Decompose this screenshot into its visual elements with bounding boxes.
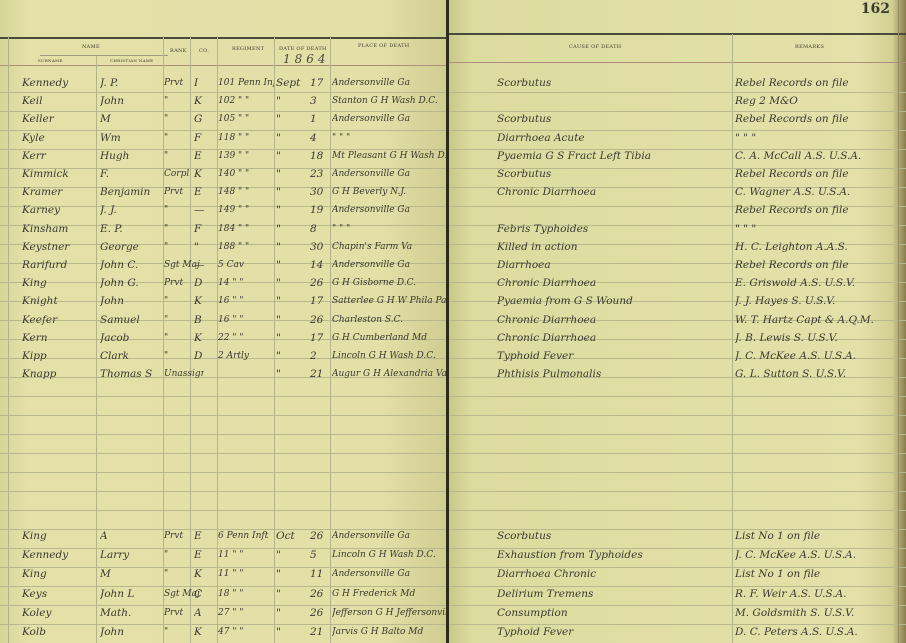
table-row: KingJohn G.PrvtD14 " ""26G H Gisborne D.… (0, 274, 448, 293)
table-row: Delirium TremensR. F. Weir A.S. U.S.A. (449, 585, 906, 604)
table-row: Diarrhoea ChronicList No 1 on file (449, 565, 906, 584)
cell-month: " (276, 329, 306, 348)
cell-regiment: 16 " " (218, 292, 274, 311)
cell-regiment: 139 " " (218, 147, 274, 166)
header-bottom-rule (0, 65, 448, 66)
header-cause-of-death: Cause of Death (569, 44, 621, 50)
cell-surname: Keller (22, 110, 94, 129)
cell-cause: Chronic Diarrhoea (497, 329, 729, 348)
table-row: ScorbutusRebel Records on file (449, 74, 906, 93)
cell-remarks: List No 1 on file (735, 565, 895, 584)
cell-day: 30 (310, 183, 330, 202)
cell-surname: Kennedy (22, 546, 94, 565)
cell-surname: Kipp (22, 347, 94, 366)
left-page: Name Surname Christian Name Rank Co. Reg… (0, 0, 448, 643)
cell-cause: Diarrhoea Acute (497, 129, 729, 148)
table-row: KimmickF.CorplK140 " ""23Andersonville G… (0, 165, 448, 184)
cell-day: 17 (310, 329, 330, 348)
cell-remarks: J. C. McKee A.S. U.S.A. (735, 546, 895, 565)
cell-co: D (194, 347, 216, 366)
cell-remarks: Rebel Records on file (735, 110, 895, 129)
cell-place: Andersonville Ga (332, 201, 446, 220)
cell-regiment: 101 Penn Inft (218, 74, 274, 93)
cell-christian-name: M (100, 565, 162, 584)
cell-place: " " " (332, 220, 446, 239)
cell-surname: Kimmick (22, 165, 94, 184)
table-row: Febris Typhoides" " " (449, 220, 906, 239)
cell-day: 23 (310, 165, 330, 184)
cell-remarks: C. A. McCall A.S. U.S.A. (735, 147, 895, 166)
table-row: ConsumptionM. Goldsmith S. U.S.V. (449, 604, 906, 623)
header-co: Co. (199, 48, 209, 54)
cell-christian-name: Wm (100, 129, 162, 148)
cell-regiment: 140 " " (218, 165, 274, 184)
cell-place: G H Beverly N.J. (332, 183, 446, 202)
table-row: KerrHugh"E139 " ""18Mt Pleasant G H Wash… (0, 147, 448, 166)
table-row: Pyaemia from G S WoundJ. J. Hayes S. U.S… (449, 292, 906, 311)
cell-month: Oct (276, 527, 306, 546)
cell-remarks: D. C. Peters A.S. U.S.A. (735, 623, 895, 642)
cell-month: " (276, 147, 306, 166)
table-row: Reg 2 M&O (449, 92, 906, 111)
cell-cause: Scorbutus (497, 527, 729, 546)
cell-cause: Scorbutus (497, 165, 729, 184)
cell-place: Andersonville Ga (332, 165, 446, 184)
cell-christian-name: J. P. (100, 74, 162, 93)
cell-surname: Kyle (22, 129, 94, 148)
cell-surname: Kennedy (22, 74, 94, 93)
cell-place: G H Cumberland Md (332, 329, 446, 348)
cell-christian-name: Hugh (100, 147, 162, 166)
cell-remarks: Rebel Records on file (735, 165, 895, 184)
header-remarks: Remarks (795, 44, 824, 50)
cell-remarks: R. F. Weir A.S. U.S.A. (735, 585, 895, 604)
cell-regiment: 2 Artly (218, 347, 274, 366)
cell-co: " (194, 238, 216, 257)
cell-christian-name: Thomas S (100, 365, 162, 384)
cell-regiment: 149 " " (218, 201, 274, 220)
cell-month: " (276, 110, 306, 129)
cell-regiment: 148 " " (218, 183, 274, 202)
cell-month: " (276, 256, 306, 275)
cell-co: A (194, 604, 216, 623)
cell-place: Jefferson G H Jeffersonville Ind (332, 604, 446, 623)
cell-remarks: J. J. Hayes S. U.S.V. (735, 292, 895, 311)
table-row: Chronic DiarrhoeaC. Wagner A.S. U.S.A. (449, 183, 906, 202)
cell-christian-name: F. (100, 165, 162, 184)
table-row: ScorbutusRebel Records on file (449, 165, 906, 184)
cell-christian-name: John G. (100, 274, 162, 293)
cell-co: E (194, 183, 216, 202)
cell-cause: Consumption (497, 604, 729, 623)
cell-day: 26 (310, 311, 330, 330)
cell-place: Andersonville Ga (332, 565, 446, 584)
table-row: ScorbutusList No 1 on file (449, 527, 906, 546)
cell-co (194, 365, 216, 384)
cell-co: E (194, 147, 216, 166)
cell-christian-name: Samuel (100, 311, 162, 330)
cell-co: — (194, 256, 216, 275)
cell-remarks: " " " (735, 220, 895, 239)
cell-remarks: Reg 2 M&O (735, 92, 895, 111)
cell-day: 5 (310, 546, 330, 565)
cell-day: 3 (310, 92, 330, 111)
cell-remarks: J. C. McKee A.S. U.S.A. (735, 347, 895, 366)
cell-regiment: 11 " " (218, 546, 274, 565)
cell-christian-name: A (100, 527, 162, 546)
cell-co: — (194, 201, 216, 220)
cell-co: K (194, 92, 216, 111)
header-surname: Surname (38, 58, 63, 63)
cell-place: G H Frederick Md (332, 585, 446, 604)
cell-christian-name: Larry (100, 546, 162, 565)
table-row: KeystnerGeorge""188 " ""30Chapin's Farm … (0, 238, 448, 257)
cell-remarks: " " " (735, 129, 895, 148)
table-row: Chronic DiarrhoeaW. T. Hartz Capt & A.Q.… (449, 311, 906, 330)
cell-place: Lincoln G H Wash D.C. (332, 546, 446, 565)
cell-co: F (194, 129, 216, 148)
cell-regiment: 105 " " (218, 110, 274, 129)
cell-month: " (276, 604, 306, 623)
right-page: 162 Cause of Death Remarks ScorbutusRebe… (449, 0, 906, 643)
cell-cause: Chronic Diarrhoea (497, 183, 729, 202)
table-row: KarneyJ. J."—149 " ""19Andersonville Ga (0, 201, 448, 220)
cell-cause: Typhoid Fever (497, 623, 729, 642)
cell-cause (497, 92, 729, 111)
cell-place: Mt Pleasant G H Wash D.C. (332, 147, 446, 166)
cell-co: C (194, 585, 216, 604)
cell-christian-name: Math. (100, 604, 162, 623)
table-row: KingAPrvtE6 Penn InftOct26Andersonville … (0, 527, 448, 546)
cell-co: G (194, 110, 216, 129)
header-top-rule (0, 37, 448, 39)
cell-remarks: C. Wagner A.S. U.S.A. (735, 183, 895, 202)
table-row: Exhaustion from TyphoidesJ. C. McKee A.S… (449, 546, 906, 565)
cell-cause: Chronic Diarrhoea (497, 311, 729, 330)
cell-regiment: 14 " " (218, 274, 274, 293)
cell-regiment: 22 " " (218, 329, 274, 348)
table-row: Phthisis PulmonalisG. L. Sutton S. U.S.V… (449, 365, 906, 384)
cell-month: " (276, 238, 306, 257)
header-regiment: Regiment (232, 46, 264, 52)
cell-place: Andersonville Ga (332, 110, 446, 129)
cell-christian-name: M (100, 110, 162, 129)
cell-regiment: 184 " " (218, 220, 274, 239)
cell-co: K (194, 292, 216, 311)
cell-month: " (276, 585, 306, 604)
cell-surname: King (22, 274, 94, 293)
cell-month: " (276, 92, 306, 111)
table-row: KnappThomas SUnassigned"21Augur G H Alex… (0, 365, 448, 384)
table-row: KennedyLarry"E11 " ""5Lincoln G H Wash D… (0, 546, 448, 565)
cell-day: 26 (310, 274, 330, 293)
cell-day: 26 (310, 527, 330, 546)
cell-surname: Keil (22, 92, 94, 111)
table-row: KeilJohn"K102 " ""3Stanton G H Wash D.C. (0, 92, 448, 111)
header-bottom-rule (449, 62, 906, 63)
table-row: Typhoid FeverJ. C. McKee A.S. U.S.A. (449, 347, 906, 366)
cell-day: 19 (310, 201, 330, 220)
cell-month: " (276, 129, 306, 148)
cell-day: 26 (310, 585, 330, 604)
cell-place: Andersonville Ga (332, 527, 446, 546)
cell-remarks: G. L. Sutton S. U.S.V. (735, 365, 895, 384)
cell-day: 2 (310, 347, 330, 366)
cell-day: 18 (310, 147, 330, 166)
table-row: KoleyMath.PrvtA27 " ""26Jefferson G H Je… (0, 604, 448, 623)
cell-regiment: 11 " " (218, 565, 274, 584)
table-row: Chronic DiarrhoeaJ. B. Lewis S. U.S.V. (449, 329, 906, 348)
table-row: DiarrhoeaRebel Records on file (449, 256, 906, 275)
cell-surname: Kerr (22, 147, 94, 166)
cell-place: Augur G H Alexandria Va (332, 365, 446, 384)
cell-co: K (194, 165, 216, 184)
table-row: KippClark"D2 Artly"2Lincoln G H Wash D.C… (0, 347, 448, 366)
cell-remarks: J. B. Lewis S. U.S.V. (735, 329, 895, 348)
cell-surname: Kramer (22, 183, 94, 202)
table-row: KennedyJ. P.PrvtI101 Penn InftSept17Ande… (0, 74, 448, 93)
cell-cause: Pyaemia from G S Wound (497, 292, 729, 311)
cell-month: " (276, 311, 306, 330)
cell-surname: Koley (22, 604, 94, 623)
cell-day: 4 (310, 129, 330, 148)
cell-regiment: 118 " " (218, 129, 274, 148)
table-row: Typhoid FeverD. C. Peters A.S. U.S.A. (449, 623, 906, 642)
cell-christian-name: Jacob (100, 329, 162, 348)
cell-month: " (276, 165, 306, 184)
cell-regiment (218, 365, 274, 384)
header-top-rule (449, 33, 906, 35)
cell-day: 14 (310, 256, 330, 275)
cell-regiment: 6 Penn Inft (218, 527, 274, 546)
cell-place: Andersonville Ga (332, 74, 446, 93)
table-row: KnightJohn"K16 " ""17Satterlee G H W Phi… (0, 292, 448, 311)
cell-remarks: E. Griswold A.S. U.S.V. (735, 274, 895, 293)
year-label: 1864 (283, 52, 330, 66)
cell-day: 1 (310, 110, 330, 129)
cell-co: K (194, 329, 216, 348)
cell-place: Satterlee G H W Phila Pa (332, 292, 446, 311)
cell-place: G H Gisborne D.C. (332, 274, 446, 293)
cell-day: 17 (310, 74, 330, 93)
cell-cause: Febris Typhoides (497, 220, 729, 239)
table-row: KyleWm"F118 " ""4" " " (0, 129, 448, 148)
table-row: Killed in actionH. C. Leighton A.A.S. (449, 238, 906, 257)
header-name: Name (82, 44, 100, 50)
cell-christian-name: J. J. (100, 201, 162, 220)
cell-month: " (276, 546, 306, 565)
cell-regiment: 16 " " (218, 311, 274, 330)
cell-place: Lincoln G H Wash D.C. (332, 347, 446, 366)
cell-regiment: 188 " " (218, 238, 274, 257)
name-subheader-rule (40, 55, 168, 56)
table-row: Pyaemia G S Fract Left TibiaC. A. McCall… (449, 147, 906, 166)
cell-remarks: Rebel Records on file (735, 201, 895, 220)
cell-remarks: Rebel Records on file (735, 256, 895, 275)
cell-surname: Knight (22, 292, 94, 311)
table-row: Chronic DiarrhoeaE. Griswold A.S. U.S.V. (449, 274, 906, 293)
cell-co: E (194, 546, 216, 565)
cell-cause: Scorbutus (497, 110, 729, 129)
cell-place: " " " (332, 129, 446, 148)
cell-christian-name: John L (100, 585, 162, 604)
cell-regiment: 47 " " (218, 623, 274, 642)
cell-day: 21 (310, 623, 330, 642)
cell-regiment: 5 Cav (218, 256, 274, 275)
table-row: RarifurdJohn C.Sgt Maj—5 Cav"14Andersonv… (0, 256, 448, 275)
cell-cause (497, 201, 729, 220)
cell-month: " (276, 220, 306, 239)
cell-day: 26 (310, 604, 330, 623)
cell-day: 21 (310, 365, 330, 384)
table-row: KramerBenjaminPrvtE148 " ""30G H Beverly… (0, 183, 448, 202)
cell-cause: Diarrhoea (497, 256, 729, 275)
cell-cause: Diarrhoea Chronic (497, 565, 729, 584)
table-row: ScorbutusRebel Records on file (449, 110, 906, 129)
cell-surname: Keefer (22, 311, 94, 330)
cell-place: Stanton G H Wash D.C. (332, 92, 446, 111)
cell-cause: Pyaemia G S Fract Left Tibia (497, 147, 729, 166)
cell-surname: Kolb (22, 623, 94, 642)
cell-co: K (194, 623, 216, 642)
table-row: KingM"K11 " ""11Andersonville Ga (0, 565, 448, 584)
cell-place: Charleston S.C. (332, 311, 446, 330)
cell-remarks: M. Goldsmith S. U.S.V. (735, 604, 895, 623)
cell-month: " (276, 201, 306, 220)
table-row: KolbJohn"K47 " ""21Jarvis G H Balto Md (0, 623, 448, 642)
table-row: KeysJohn LSgt MajC18 " ""26G H Frederick… (0, 585, 448, 604)
cell-surname: King (22, 527, 94, 546)
cell-place: Chapin's Farm Va (332, 238, 446, 257)
cell-month: " (276, 274, 306, 293)
page-number: 162 (861, 1, 890, 17)
header-christian-name: Christian Name (110, 58, 153, 63)
table-row: KernJacob"K22 " ""17G H Cumberland Md (0, 329, 448, 348)
cell-place: Jarvis G H Balto Md (332, 623, 446, 642)
cell-cause: Scorbutus (497, 74, 729, 93)
cell-day: 30 (310, 238, 330, 257)
cell-month: " (276, 365, 306, 384)
cell-surname: Rarifurd (22, 256, 94, 275)
cell-cause: Delirium Tremens (497, 585, 729, 604)
cell-remarks: List No 1 on file (735, 527, 895, 546)
cell-remarks: H. C. Leighton A.A.S. (735, 238, 895, 257)
cell-month: " (276, 565, 306, 584)
cell-place: Andersonville Ga (332, 256, 446, 275)
cell-christian-name: George (100, 238, 162, 257)
cell-christian-name: E. P. (100, 220, 162, 239)
cell-month: " (276, 623, 306, 642)
cell-day: 17 (310, 292, 330, 311)
cell-christian-name: Benjamin (100, 183, 162, 202)
cell-co: F (194, 220, 216, 239)
cell-remarks: Rebel Records on file (735, 74, 895, 93)
cell-month: " (276, 183, 306, 202)
cell-regiment: 27 " " (218, 604, 274, 623)
cell-christian-name: John (100, 92, 162, 111)
cell-day: 11 (310, 565, 330, 584)
cell-christian-name: Clark (100, 347, 162, 366)
cell-surname: Kinsham (22, 220, 94, 239)
table-row: Rebel Records on file (449, 201, 906, 220)
cell-month: " (276, 292, 306, 311)
cell-day: 8 (310, 220, 330, 239)
cell-cause: Killed in action (497, 238, 729, 257)
cell-month: " (276, 347, 306, 366)
cell-co: I (194, 74, 216, 93)
cell-surname: Karney (22, 201, 94, 220)
cell-surname: Keystner (22, 238, 94, 257)
cell-co: K (194, 565, 216, 584)
table-row: KellerM"G105 " ""1Andersonville Ga (0, 110, 448, 129)
header-rank: Rank (170, 48, 187, 54)
cell-co: E (194, 527, 216, 546)
cell-surname: Keys (22, 585, 94, 604)
cell-cause: Exhaustion from Typhoides (497, 546, 729, 565)
cell-christian-name: John (100, 623, 162, 642)
cell-cause: Phthisis Pulmonalis (497, 365, 729, 384)
cell-co: B (194, 311, 216, 330)
table-row: Diarrhoea Acute" " " (449, 129, 906, 148)
cell-cause: Typhoid Fever (497, 347, 729, 366)
cell-surname: Knapp (22, 365, 94, 384)
cell-surname: Kern (22, 329, 94, 348)
cell-regiment: 102 " " (218, 92, 274, 111)
cell-cause: Chronic Diarrhoea (497, 274, 729, 293)
table-row: KeeferSamuel"B16 " ""26Charleston S.C. (0, 311, 448, 330)
cell-remarks: W. T. Hartz Capt & A.Q.M. (735, 311, 895, 330)
cell-regiment: 18 " " (218, 585, 274, 604)
cell-month: Sept (276, 74, 306, 93)
header-place-of-death: Place of Death (358, 43, 409, 49)
cell-co: D (194, 274, 216, 293)
cell-christian-name: John (100, 292, 162, 311)
cell-christian-name: John C. (100, 256, 162, 275)
cell-surname: King (22, 565, 94, 584)
table-row: KinshamE. P."F184 " ""8" " " (0, 220, 448, 239)
